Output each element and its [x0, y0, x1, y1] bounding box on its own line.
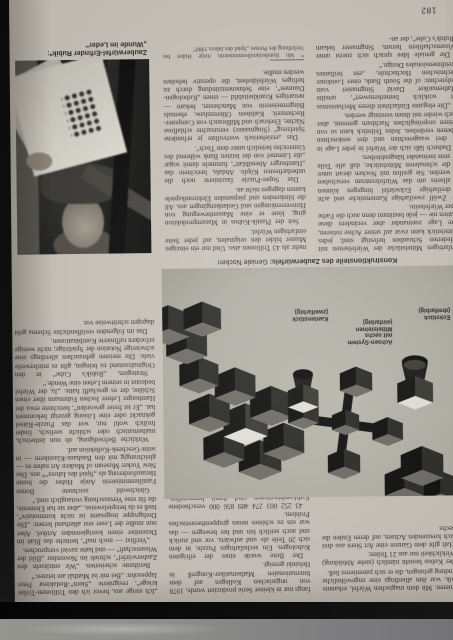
paragraph: Der Brite wurde einer der eifrigsten Kub… [169, 510, 311, 561]
paragraph: Das „erzieherisch wertvollste je erfunde… [163, 68, 305, 144]
paragraph: „Verflixt — noch mal“, betitelte das Bla… [16, 495, 157, 546]
magazine-page-upside-down: 182 trainieren. Mit dem magischen Würfel… [4, 0, 453, 609]
photo-caption: Zauberwürfel-Erfinder Rubik*: „Wunde im … [15, 38, 147, 56]
paragraph: Das Super-Puzzle faszinierte noch die un… [164, 143, 305, 186]
paragraph: mehr als 43 Trillionen also. Und nur ein… [165, 227, 306, 253]
paragraph: Dadurch läßt sich der Würfel in jeder La… [317, 110, 453, 153]
label-corner-piece: Eckstück (dreifarbig) [392, 306, 450, 320]
footnote: * Mit Bundesfamilienministerin Antje Hub… [163, 44, 304, 62]
paragraph: Das im folgenden veröffentlichte Schema … [14, 318, 154, 336]
list-item: ▷ Halt gibt dem Ganzen eine Art Stern au… [322, 524, 453, 550]
footnote-text: * Mit Bundesfamilienministerin Antje Hub… [163, 44, 304, 59]
list-item: ▷ Zwölf zweifarbige Kantenstücke und ach… [317, 152, 453, 203]
paragraph: „Die elegante Einfachheit dieses Mechani… [316, 60, 453, 111]
label-axis-system: Achsen-System mit sechs Mittelsteinen (e… [332, 318, 392, 345]
paragraph: Die geniale Idee sprach sich zuerst unte… [316, 34, 453, 60]
footnote-rule [270, 59, 304, 60]
paragraph: Berühmte scheiterten. „Wir enträtseln de… [17, 545, 157, 571]
figure-caption: Konstruktionsteile des Zauberwürfels: Ge… [162, 255, 453, 266]
paragraph: Strategien, „Rubik's Cube“ in den Origin… [14, 336, 154, 379]
paragraph: „Ich steige aus, bevor ich den Trillione… [17, 570, 157, 596]
label-edge-piece: Kantenstück (zweifarbig) [254, 308, 328, 322]
paragraph: Gleichwohl zeichnete Bonns Familienminis… [16, 444, 157, 495]
cube-parts-photo: Eckstück (dreifarbig) Achsen-System mit … [162, 265, 453, 499]
cube-cluster-small [162, 301, 222, 364]
page-number: 182 [421, 6, 437, 16]
article-column-3: „Ich steige aus, bevor ich den Trillione… [13, 257, 157, 597]
corner-piece [397, 355, 433, 410]
paragraph: Der Kubus besteht nämlich (siehe Abbildu… [322, 549, 453, 567]
paragraph: Wirkliche Befriedigung, ob nun ästhetisc… [15, 378, 156, 445]
article-column-2-bottom: mehr als 43 Trillionen also. Und nur ein… [163, 63, 306, 253]
scanned-page-canvas: 182 trainieren. Mit dem magischen Würfel… [0, 0, 453, 640]
paragraph: Seit der Plastik-Kubus in Massenprodukti… [165, 185, 306, 228]
scanner-bed-glare [18, 622, 228, 636]
rubik-inventor-photo [15, 59, 151, 255]
article-column-1-top: trainieren. Mit dem magischen Würfel, er… [321, 493, 453, 593]
paragraph: einfarbigen Mittelstücke der Würfelseite… [318, 202, 453, 253]
page-edge-shadow [0, 602, 453, 619]
edge-piece [288, 369, 319, 413]
paragraph: trainieren. Mit dem magischen Würfel, er… [322, 567, 453, 593]
cube-cluster-partial [384, 446, 453, 499]
article-column-1-bottom: einfarbigen Mittelstücke der Würfelseite… [316, 23, 453, 253]
cube-parts-illustration [162, 265, 453, 499]
paragraph: fangs nur in kleiner Serie produziert wu… [169, 560, 310, 595]
cube-cluster-large [179, 355, 304, 481]
